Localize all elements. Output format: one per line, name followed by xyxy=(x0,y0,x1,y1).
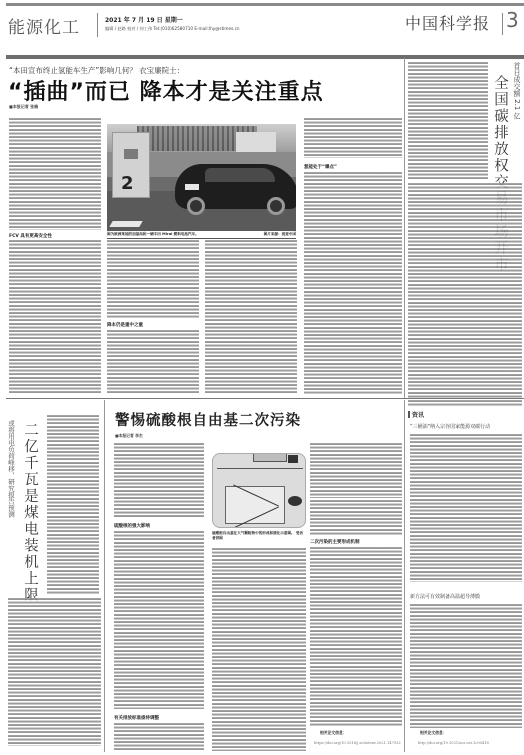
masthead: 能源化工 2021 年 7 月 19 日 星期一 编辑 / 赵路 校对 / 何工… xyxy=(0,6,524,58)
left-story-text-top xyxy=(47,415,99,595)
diagram-caption: 硫酸根自由基在大气颗粒物中的形成和演化示意图。 受访者供图 xyxy=(212,531,306,541)
second-column-3-upper xyxy=(310,500,402,536)
reaction-plot xyxy=(225,486,285,524)
sulfate-radical-diagram xyxy=(212,453,306,528)
photo-caption-text: 图为欧洲某地的加氢站和一辆丰田 Mirai 燃料电池汽车。 xyxy=(107,232,199,237)
particle-icon xyxy=(288,496,302,506)
lead-column-2-bottom xyxy=(107,330,199,395)
news-item-2-title: 新方法可有效制备高温超导薄膜 xyxy=(410,593,480,600)
lead-column-2-top xyxy=(107,240,199,318)
column-rule-3 xyxy=(404,400,405,752)
right-story-text-top xyxy=(408,62,488,180)
section-title: 能源化工 xyxy=(8,13,80,38)
second-byline: ■本报记者 李杰 xyxy=(115,433,143,439)
news-item-2-text xyxy=(410,604,522,728)
editor-contact: 编辑 / 赵路 校对 / 何工伟 Tel:(010)62580710 E-mai… xyxy=(105,26,240,32)
news-brief-label: 资讯 xyxy=(412,410,424,419)
source-label-2: 相关论文信息： xyxy=(420,730,447,736)
car-icon xyxy=(175,164,296,209)
second-column-2 xyxy=(212,548,306,751)
photo-caption: 图为欧洲某地的加氢站和一辆丰田 Mirai 燃料电池汽车。 图片来源：视觉中国 xyxy=(107,232,296,239)
section-divider xyxy=(6,398,524,399)
second-subhead-1: 硫酸根的强大影响 xyxy=(114,522,150,530)
left-story-kicker: 或将用电负荷峰移，研究报告预测 xyxy=(7,420,16,518)
lead-headline: “插曲”而已 降本才是关注重点 xyxy=(8,75,324,106)
left-story-text-bottom xyxy=(8,598,101,746)
diagram-caption-text: 硫酸根自由基在大气颗粒物中的形成和演化示意图。 xyxy=(212,531,295,535)
truck-icon xyxy=(253,453,287,462)
masthead-divider xyxy=(97,13,98,37)
news-brief-tag: 资讯 xyxy=(408,410,424,419)
second-subhead-2: 二次污染的主要形成机制 xyxy=(310,538,360,546)
news-item-1-title: “三桶油”纳入宗谷国家能源双碳行动 xyxy=(410,423,490,430)
lead-column-3 xyxy=(205,240,297,395)
second-column-1-top xyxy=(114,443,204,518)
news-item-1-text xyxy=(410,434,522,582)
right-story-text-bottom xyxy=(408,183,522,398)
second-column-1-bottom xyxy=(114,723,204,751)
lead-column-1-top xyxy=(9,118,101,230)
masthead-divider-right xyxy=(502,13,503,35)
second-column-3-bottom xyxy=(310,547,402,727)
lead-subhead-3: 氢能处于“爆点” xyxy=(304,163,337,171)
photo-credit: 图片来源：视觉中国 xyxy=(264,232,296,237)
doi-link-2[interactable]: http://doi.org/10.1021/acs.est.1c00418 xyxy=(418,741,489,745)
issue-date: 2021 年 7 月 19 日 星期一 xyxy=(105,15,183,24)
page-number: 3 xyxy=(506,8,519,32)
column-rule-2 xyxy=(104,400,105,752)
source-label-1: 相关论文信息： xyxy=(320,730,347,736)
masthead-bottom-rule xyxy=(6,55,524,59)
second-column-1-mid xyxy=(114,531,204,709)
second-column-3-top xyxy=(310,443,402,498)
doi-link-1[interactable]: https://doi.org/10.1016/j.scitotenv.2021… xyxy=(314,741,401,745)
second-headline: 警惕硫酸根自由基二次污染 xyxy=(115,409,301,430)
lead-column-4-top xyxy=(304,118,402,158)
right-story-kicker: 首日成交额 2.1 亿 xyxy=(512,62,522,120)
lead-subhead-2: 降本仍是重中之重 xyxy=(107,321,143,329)
newspaper-logo: 中国科学报 xyxy=(405,11,490,34)
column-rule xyxy=(404,58,405,398)
lead-column-4-bottom xyxy=(304,172,402,395)
lead-column-1-bottom xyxy=(9,240,101,395)
hydrogen-station-icon: 2 xyxy=(112,132,150,198)
second-subhead-3: 有关排放标准亟待调整 xyxy=(114,714,159,722)
tag-bar-icon xyxy=(408,411,410,418)
lead-byline: ■本报记者 张楠 xyxy=(9,104,38,110)
lead-subhead-1: FCV 具有更高安全性 xyxy=(9,232,52,240)
right-story-tail xyxy=(408,400,522,406)
hydrogen-car-photo: 2 xyxy=(107,124,296,231)
left-story-headline: 二亿千瓦是煤电装机上限 xyxy=(20,422,41,604)
